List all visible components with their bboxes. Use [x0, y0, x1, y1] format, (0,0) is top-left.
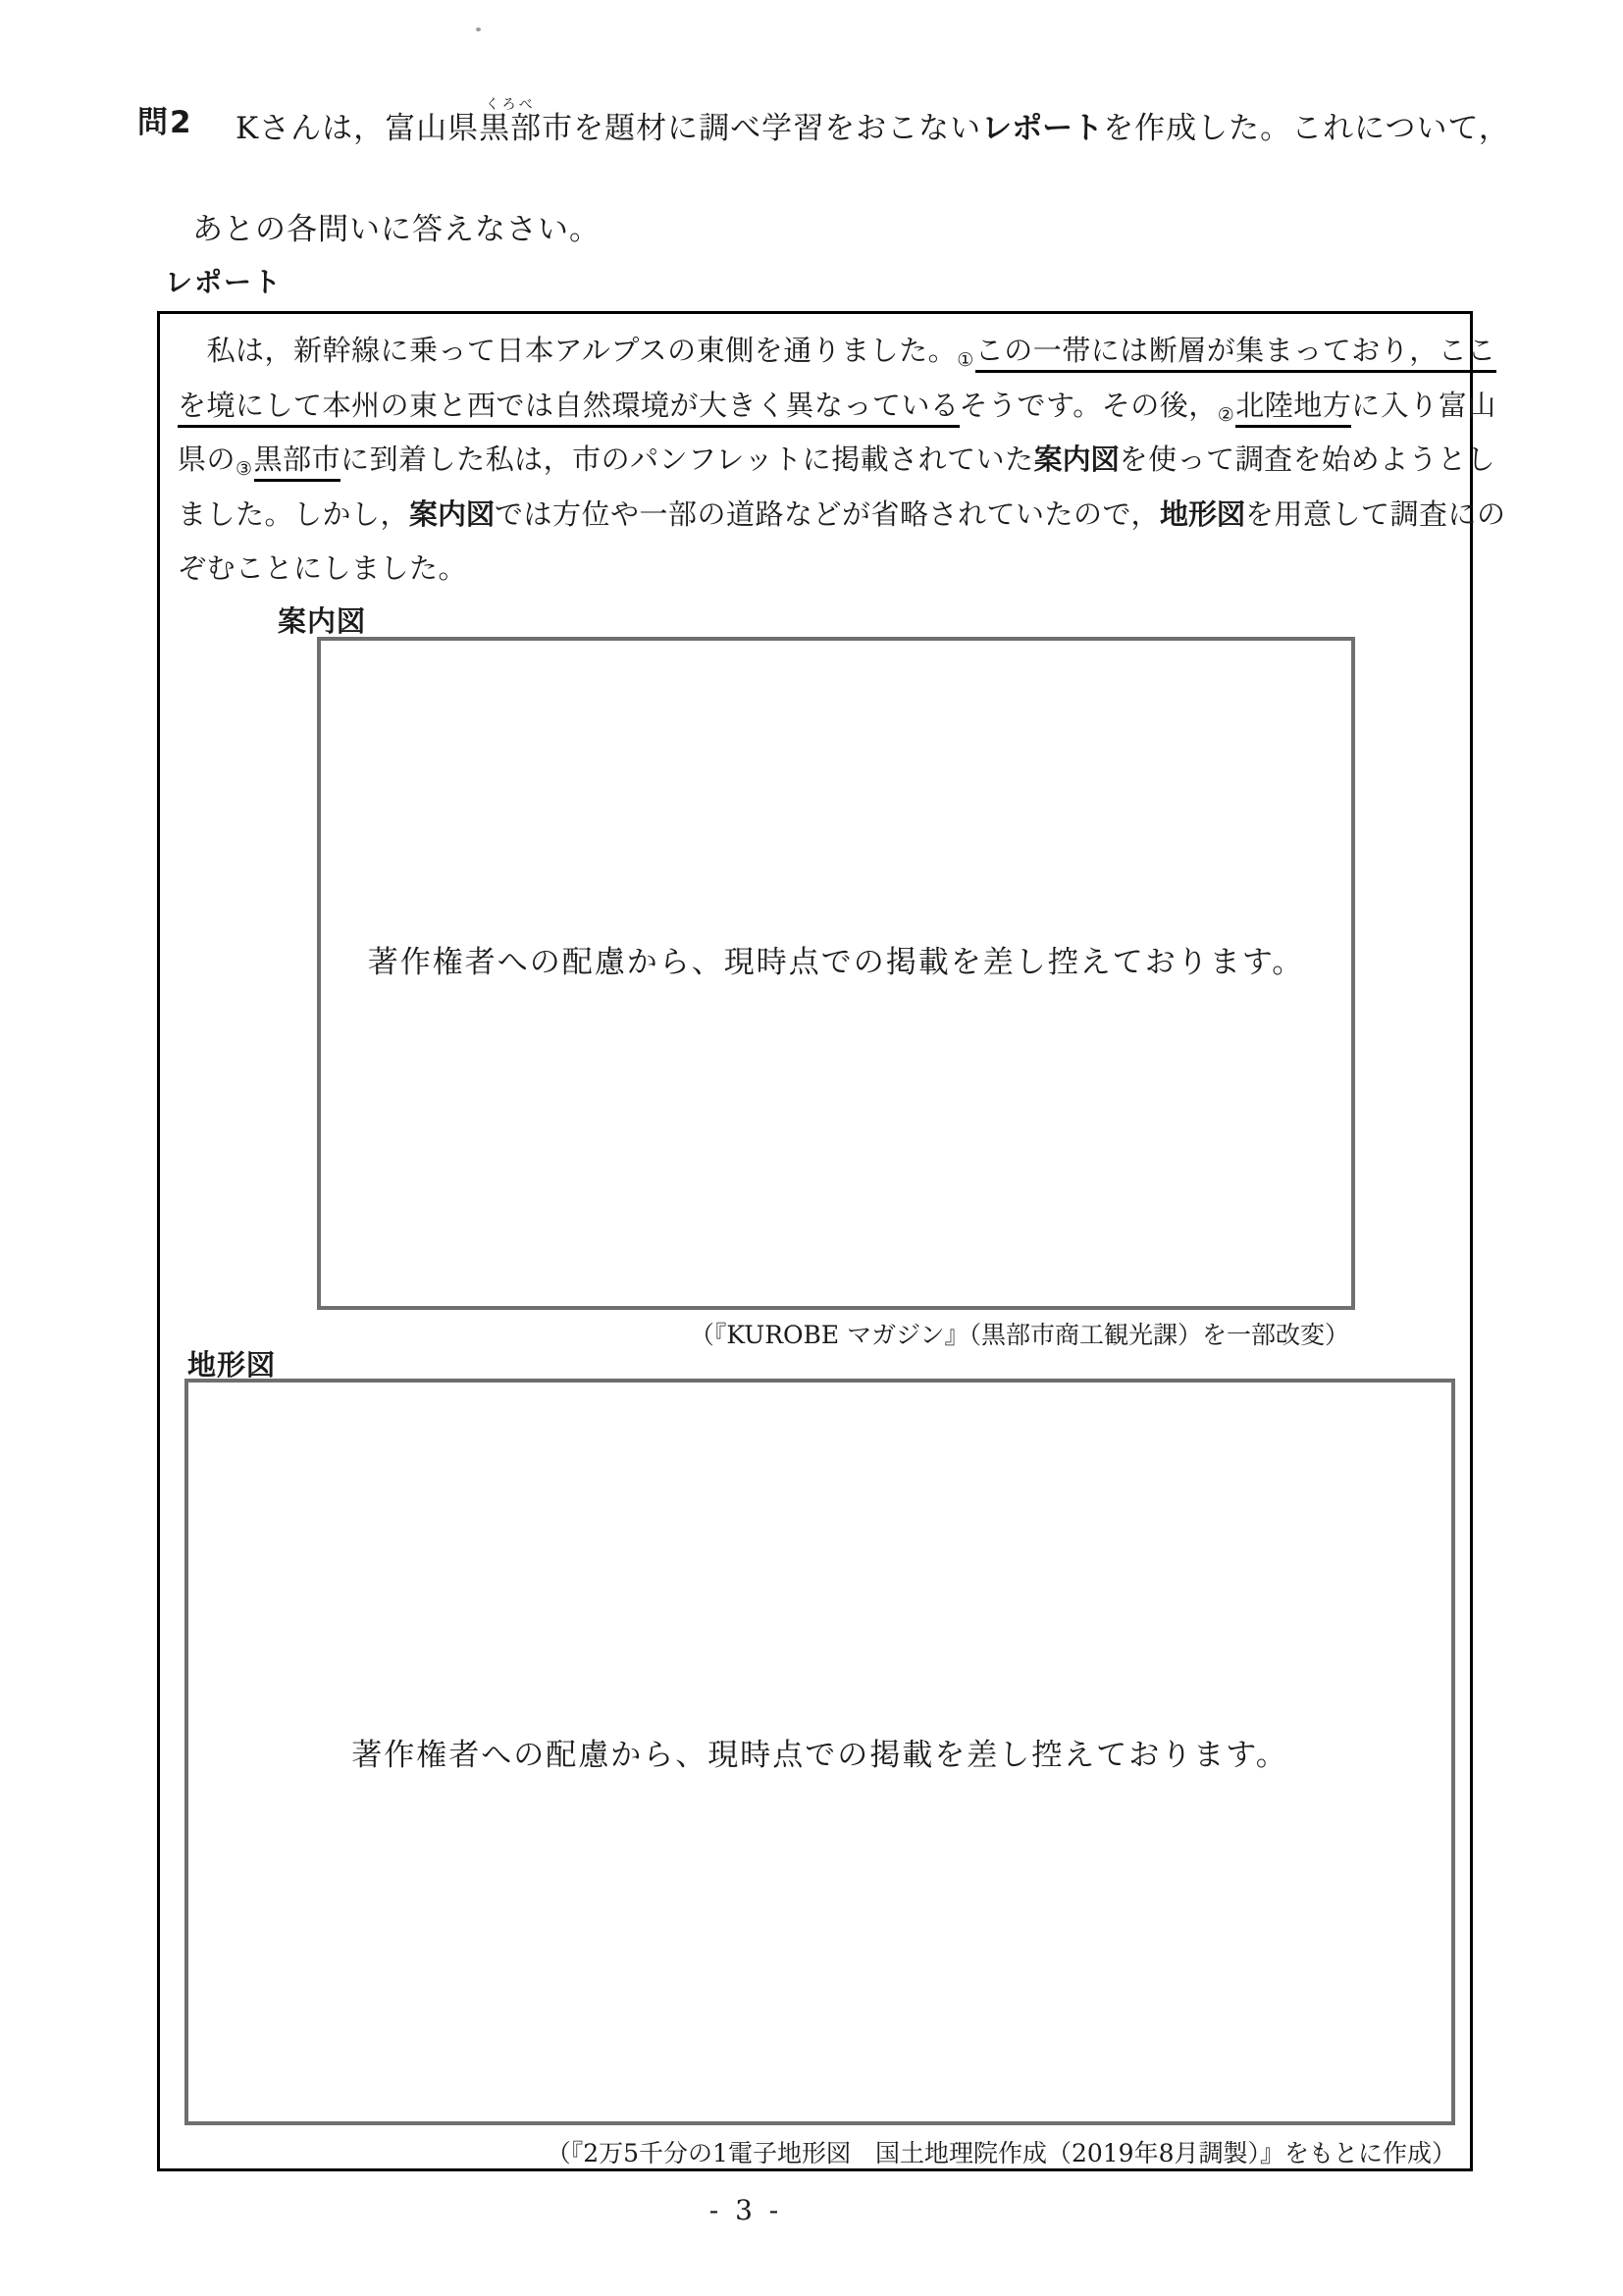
report-label: レポート [165, 261, 283, 300]
report-text: 県の [178, 443, 236, 476]
report-paragraph: 私は，新幹線に乗って日本アルプスの東側を通りました。①この一帯には断層が集まって… [178, 324, 1505, 597]
report-box: 私は，新幹線に乗って日本アルプスの東側を通りました。①この一帯には断層が集まって… [157, 311, 1473, 2171]
underlined-text-2: 北陸地方 [1235, 389, 1351, 428]
annotation-number-2: ② [1218, 404, 1235, 426]
topo-map-placeholder-box: 著作権者への配慮から、現時点での掲載を差し控えております。 [184, 1379, 1455, 2125]
furigana: くろべ [479, 97, 542, 113]
report-text: を用意して調査にの [1245, 497, 1506, 531]
report-text: ました。しかし， [178, 497, 409, 531]
copyright-placeholder-text: 著作権者への配慮から、現時点での掲載を差し控えております。 [351, 1730, 1288, 1774]
page-number: - 3 - [589, 2194, 903, 2226]
bold-term-topo-map: 地形図 [1160, 497, 1245, 531]
report-line-3: 県の③黒部市に到着した私は，市のパンフレットに掲載されていた案内図を使って調査を… [178, 433, 1505, 488]
guide-map-label: 案内図 [278, 600, 366, 640]
report-line-5: ぞむことにしました。 [178, 542, 1505, 597]
report-text: に到着した私は，市のパンフレットに掲載されていた [340, 443, 1034, 476]
report-text: では方位や一部の道路などが省略されていたので， [495, 497, 1160, 531]
question-text-pre: Kさんは，富山県 [236, 111, 479, 146]
topo-map-caption: （『2万5千分の1電子地形図 国土地理院作成（2019年8月調製）』をもとに作成… [547, 2134, 1456, 2169]
scan-artifact-dot [476, 27, 481, 31]
kurobe-ruby: 黒部くろべ [479, 111, 542, 146]
bold-term-guide-map: 案内図 [1034, 443, 1120, 476]
guide-map-caption: （『KUROBE マガジン』（黒部市商工観光課）を一部改変） [690, 1316, 1349, 1351]
report-text: 私は，新幹線に乗って日本アルプスの東側を通りました。 [178, 334, 957, 367]
question-text: Kさんは，富山県黒部くろべ市を題材に調べ学習をおこないレポートを作成した。これに… [236, 97, 1510, 147]
underlined-text-1: この一帯には断層が集まっており，ここ [975, 334, 1496, 373]
report-text: に入り富山 [1351, 389, 1496, 422]
underlined-text-3: 黒部市 [254, 443, 341, 482]
annotation-number-3: ③ [236, 458, 253, 480]
report-text: そうです。その後， [960, 389, 1218, 422]
ruby-base: 黒部 [479, 111, 542, 146]
underlined-text-1-cont: を境にして本州の東と西では自然環境が大きく異なっている [178, 389, 960, 428]
question-number: 問2 [137, 97, 193, 141]
report-line-4: ました。しかし，案内図では方位や一部の道路などが省略されていたので，地形図を用意… [178, 488, 1505, 543]
report-term: レポート [981, 111, 1103, 146]
report-text: ぞむことにしました。 [178, 551, 467, 585]
instruction-text: あとの各問いに答えなさい。 [192, 204, 601, 248]
exam-page: { "question": { "label": "問2", "pre": "K… [0, 0, 1623, 2296]
topo-map-label: 地形図 [187, 1343, 276, 1383]
question-text-mid: 市を題材に調べ学習をおこない [542, 111, 981, 146]
report-line-1: 私は，新幹線に乗って日本アルプスの東側を通りました。①この一帯には断層が集まって… [178, 324, 1505, 379]
copyright-placeholder-text: 著作権者への配慮から、現時点での掲載を差し控えております。 [368, 937, 1305, 1011]
question-text-post: を作成した。これについて， [1103, 111, 1510, 146]
report-line-2: を境にして本州の東と西では自然環境が大きく異なっているそうです。その後，②北陸地… [178, 379, 1505, 434]
bold-term-guide-map: 案内図 [409, 497, 495, 531]
annotation-number-1: ① [957, 349, 974, 371]
report-text: を使って調査を始めようとし [1120, 443, 1496, 476]
guide-map-placeholder-box: 著作権者への配慮から、現時点での掲載を差し控えております。 [317, 637, 1355, 1310]
